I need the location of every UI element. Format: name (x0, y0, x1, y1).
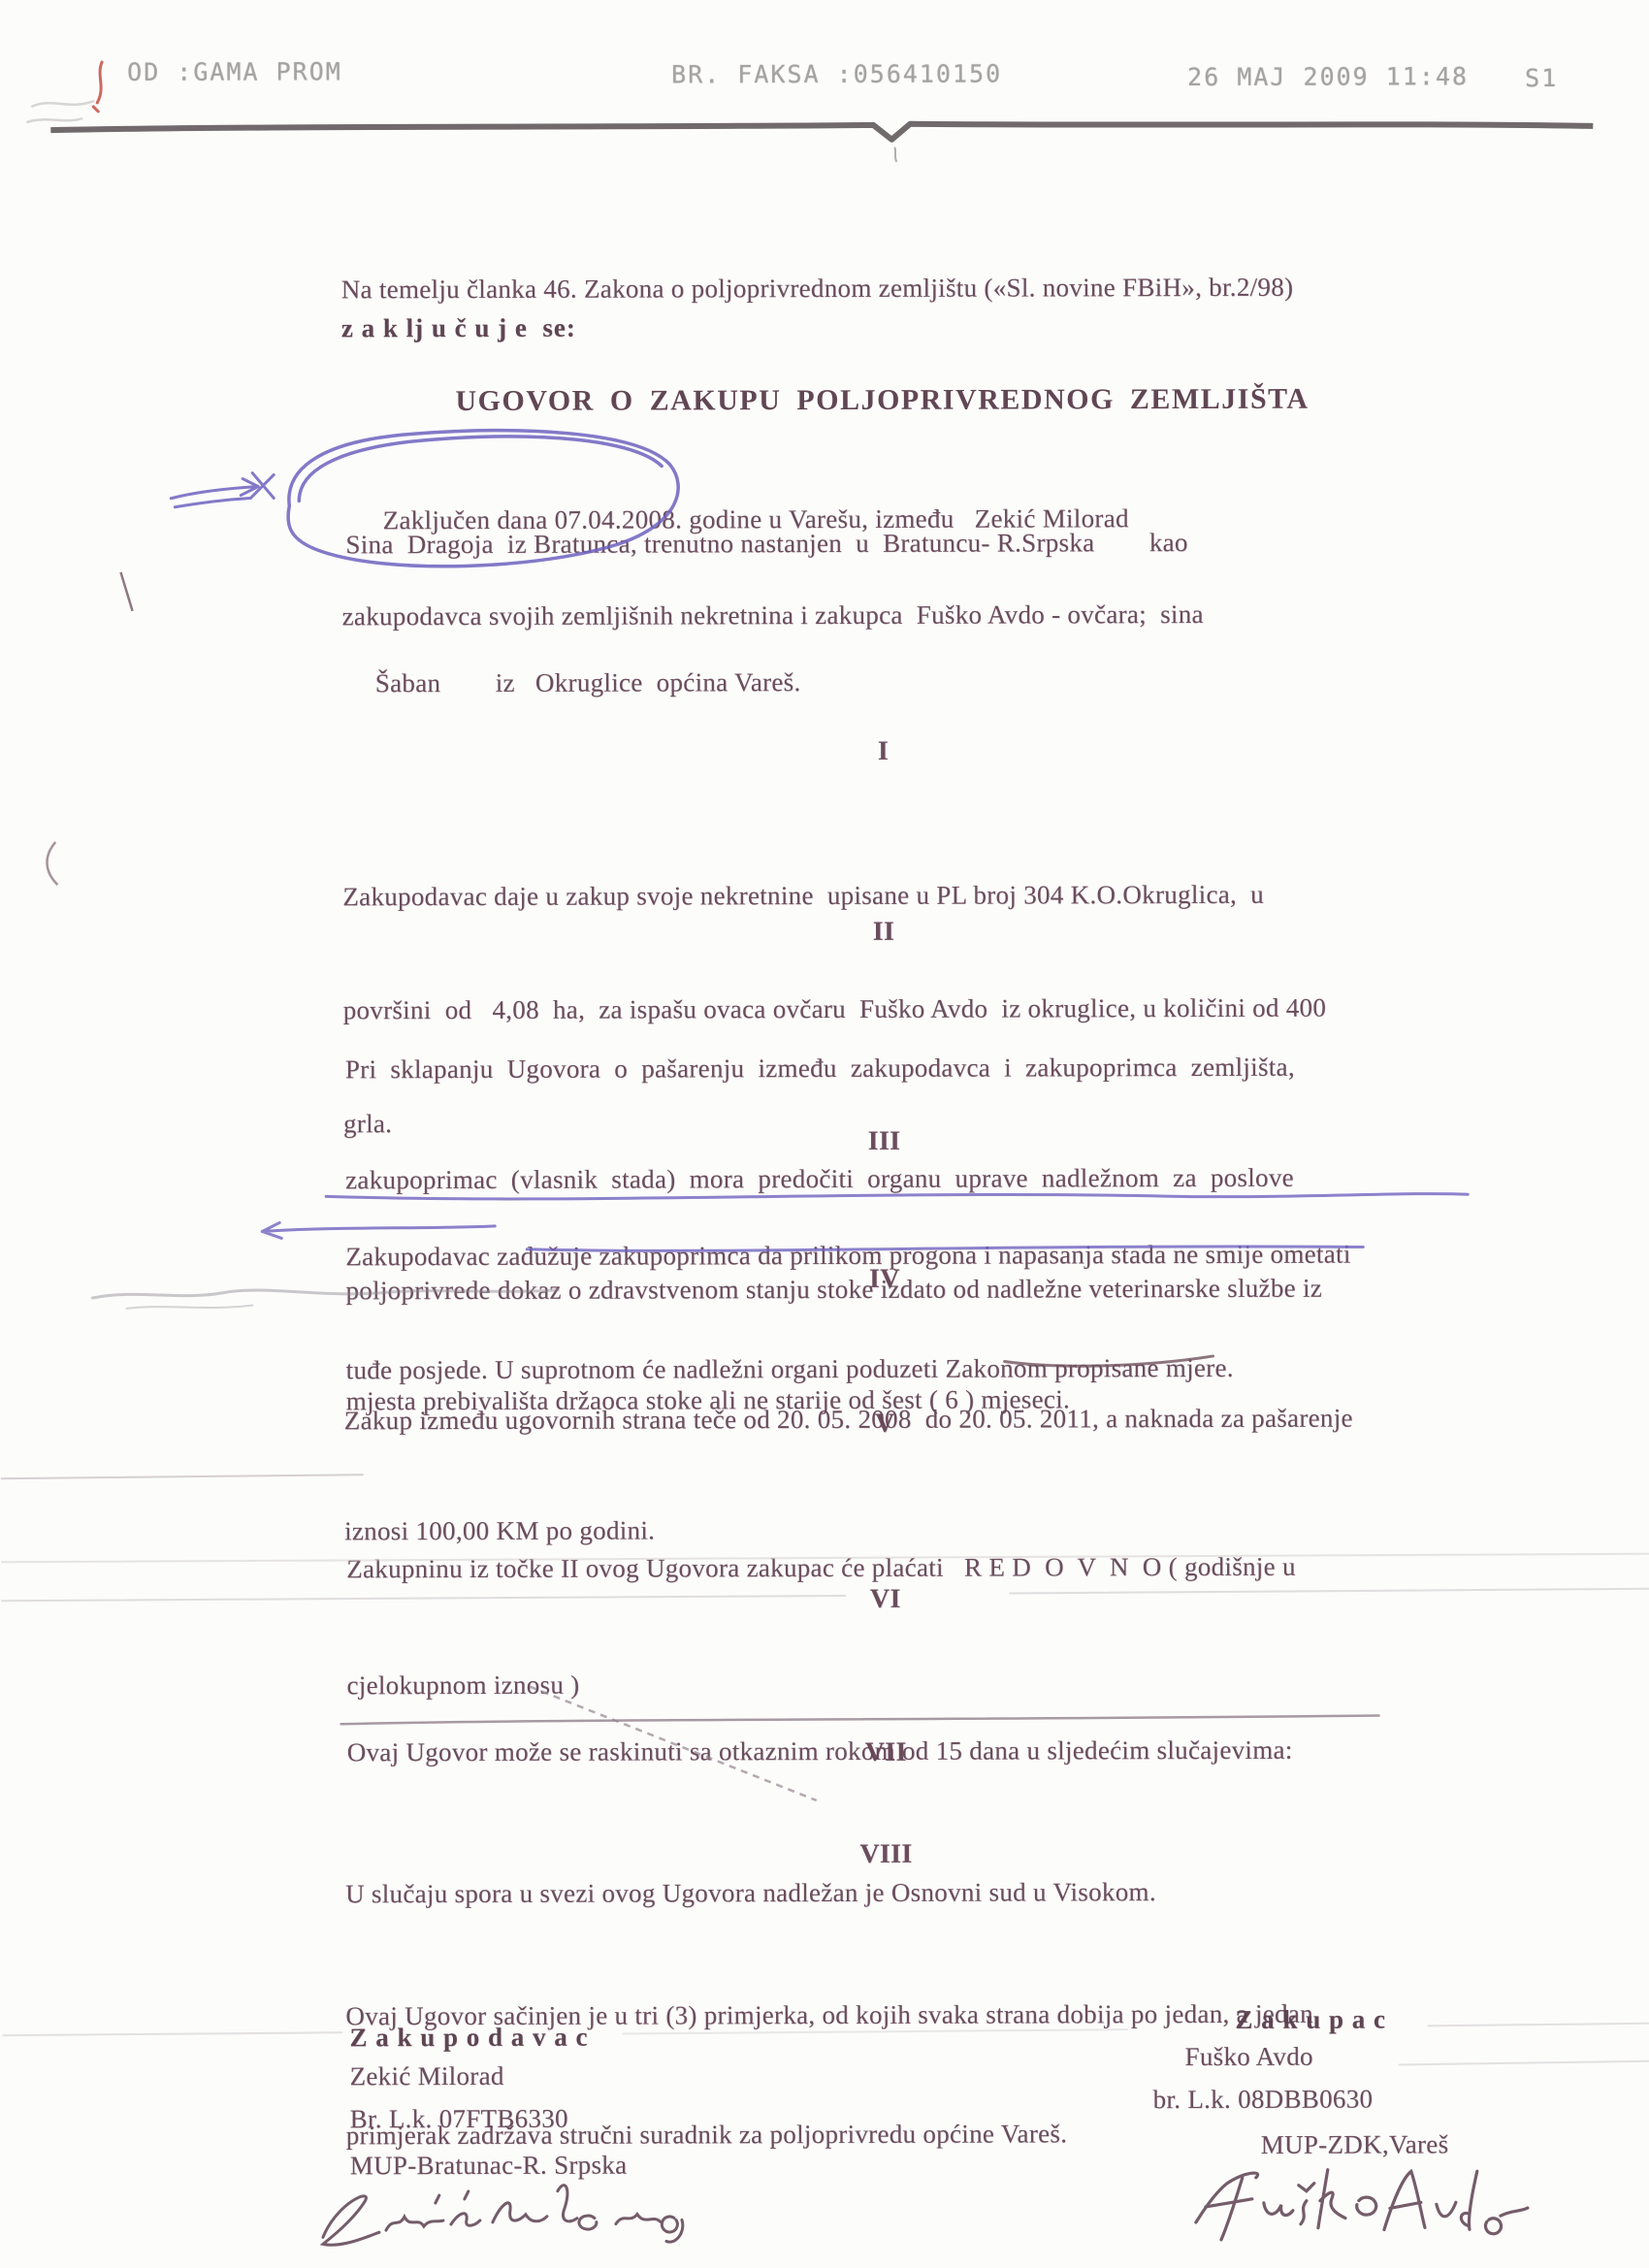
lessee-name: Fuško Avdo (1184, 2038, 1312, 2075)
pen-arrow-annotation (171, 472, 274, 506)
lessor-id-number: Br. L.k. 07FTB6330 (350, 2100, 568, 2138)
lessee-id-issuer: MUP-ZDK,Vareš (1261, 2125, 1449, 2163)
section-heading-8: VIII (345, 1834, 1427, 1874)
preamble-conclusion-clause: z a k lj u č u j e se: (341, 309, 576, 347)
paragraph-line: U slučaju spora u svezi ovog Ugovora nad… (345, 1873, 1156, 1912)
lessor-id-issuer: MUP-Bratunac-R. Srpska (350, 2147, 628, 2185)
scanned-fax-document: OD :GAMA PROM BR. FAKSA :056410150 26 MA… (0, 0, 1649, 2268)
party-line-lessee: zakupodavca svojih zemljišnih nekretnina… (342, 596, 1204, 634)
scan-smudge-top-left (26, 101, 94, 122)
fax-sender-text: OD :GAMA PROM (127, 57, 342, 86)
margin-stray-mark (120, 572, 132, 611)
lessor-role-label: Z a k u p o d a v a c (349, 2019, 588, 2057)
section-heading-4: IV (343, 1259, 1425, 1299)
fax-datetime-text: 26 MAJ 2009 11:48 (1187, 62, 1469, 91)
fax-page-indicator: S1 (1525, 64, 1558, 92)
paragraph-line: Zakupodavac daje u zakup svoje nekretnin… (342, 876, 1326, 917)
party-line-lessee-origin: Šaban iz Okruglice općina Vareš. (375, 664, 801, 701)
red-ink-mark (93, 62, 102, 112)
lessee-id-number: br. L.k. 08DBB0630 (1153, 2081, 1374, 2119)
fax-separator-line (50, 122, 1593, 142)
party-line-lessor-origin: Sina Dragoja iz Bratunca, trenutno nasta… (345, 524, 1187, 563)
fax-notch-mark (894, 147, 896, 162)
section-heading-7: VII (345, 1733, 1427, 1772)
section-heading-3: III (343, 1121, 1425, 1161)
fax-number-text: BR. FAKSA :056410150 (671, 60, 1002, 89)
section-heading-1: I (342, 731, 1424, 771)
lessee-role-label: Z a k u p a c (1235, 2000, 1386, 2037)
lessor-name: Zekić Milorad (349, 2057, 503, 2094)
section-heading-6: VI (344, 1579, 1426, 1619)
contract-title: UGOVOR O ZAKUPU POLJOPRIVREDNOG ZEMLJIŠT… (341, 382, 1423, 418)
margin-paren-mark (47, 842, 57, 885)
paragraph-line: Pri sklapanju Ugovora o pašarenju između… (345, 1049, 1322, 1088)
preamble-legal-basis: Na temelju članka 46. Zakona o poljopriv… (341, 269, 1294, 308)
section-heading-5: V (344, 1404, 1426, 1443)
section-heading-2: II (342, 912, 1424, 952)
